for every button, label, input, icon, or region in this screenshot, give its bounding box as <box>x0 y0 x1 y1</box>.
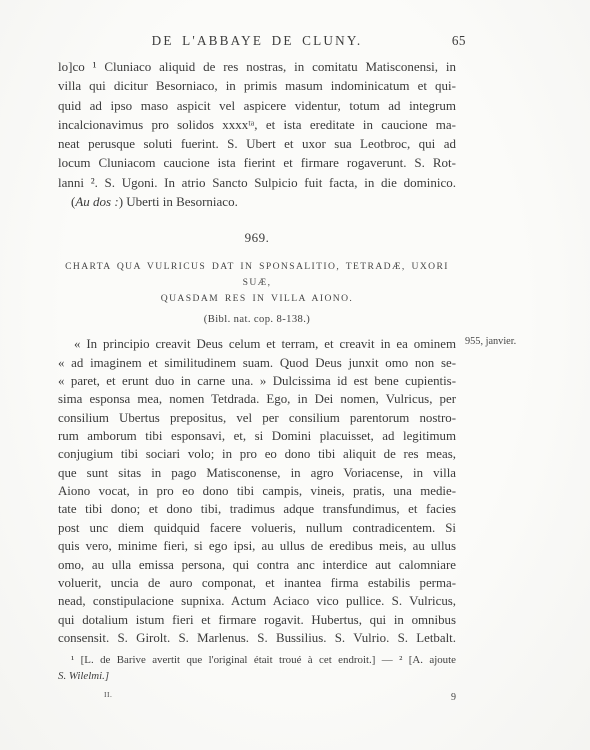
margin-date-note: 955, janvier. <box>465 336 516 347</box>
charter-968-body: lo]co ¹ Cluniaco aliquid de res nostras,… <box>58 57 456 192</box>
page-number: 65 <box>452 33 466 49</box>
footnote-line-1: ¹ [L. de Barive avertit que l'original é… <box>58 653 456 669</box>
au-dos-endorsement: ) Uberti in Besorniaco. <box>119 194 238 209</box>
charter-969-body: « In principio creavit Deus celum et ter… <box>58 335 456 647</box>
page-header-title: DE L'ABBAYE DE CLUNY. <box>152 33 363 48</box>
footnote: ¹ [L. de Barive avertit que l'original é… <box>58 653 456 684</box>
charter-source-reference: (Bibl. nat. cop. 8-138.) <box>58 314 456 325</box>
volume-signature-mark: II. <box>104 690 112 699</box>
au-dos-label: Au dos : <box>75 194 118 209</box>
footer-marks: II. 9 <box>58 690 456 704</box>
charter-969-body-wrap: 955, janvier. « In principio creavit Deu… <box>58 335 456 647</box>
book-page: DE L'ABBAYE DE CLUNY. 65 lo]co ¹ Cluniac… <box>0 0 590 750</box>
text-block: DE L'ABBAYE DE CLUNY. 65 lo]co ¹ Cluniac… <box>58 33 456 704</box>
charter-number-heading: 969. <box>58 230 456 246</box>
charter-968-au-dos: (Au dos :) Uberti in Besorniaco. <box>71 192 456 211</box>
charter-title: CHARTA QUA VULRICUS DAT IN SPONSALITIO, … <box>58 259 456 307</box>
running-head: DE L'ABBAYE DE CLUNY. 65 <box>58 33 456 50</box>
sheet-signature-mark: 9 <box>451 692 456 703</box>
footnote-line-2: S. Wilelmi.] <box>58 669 456 685</box>
